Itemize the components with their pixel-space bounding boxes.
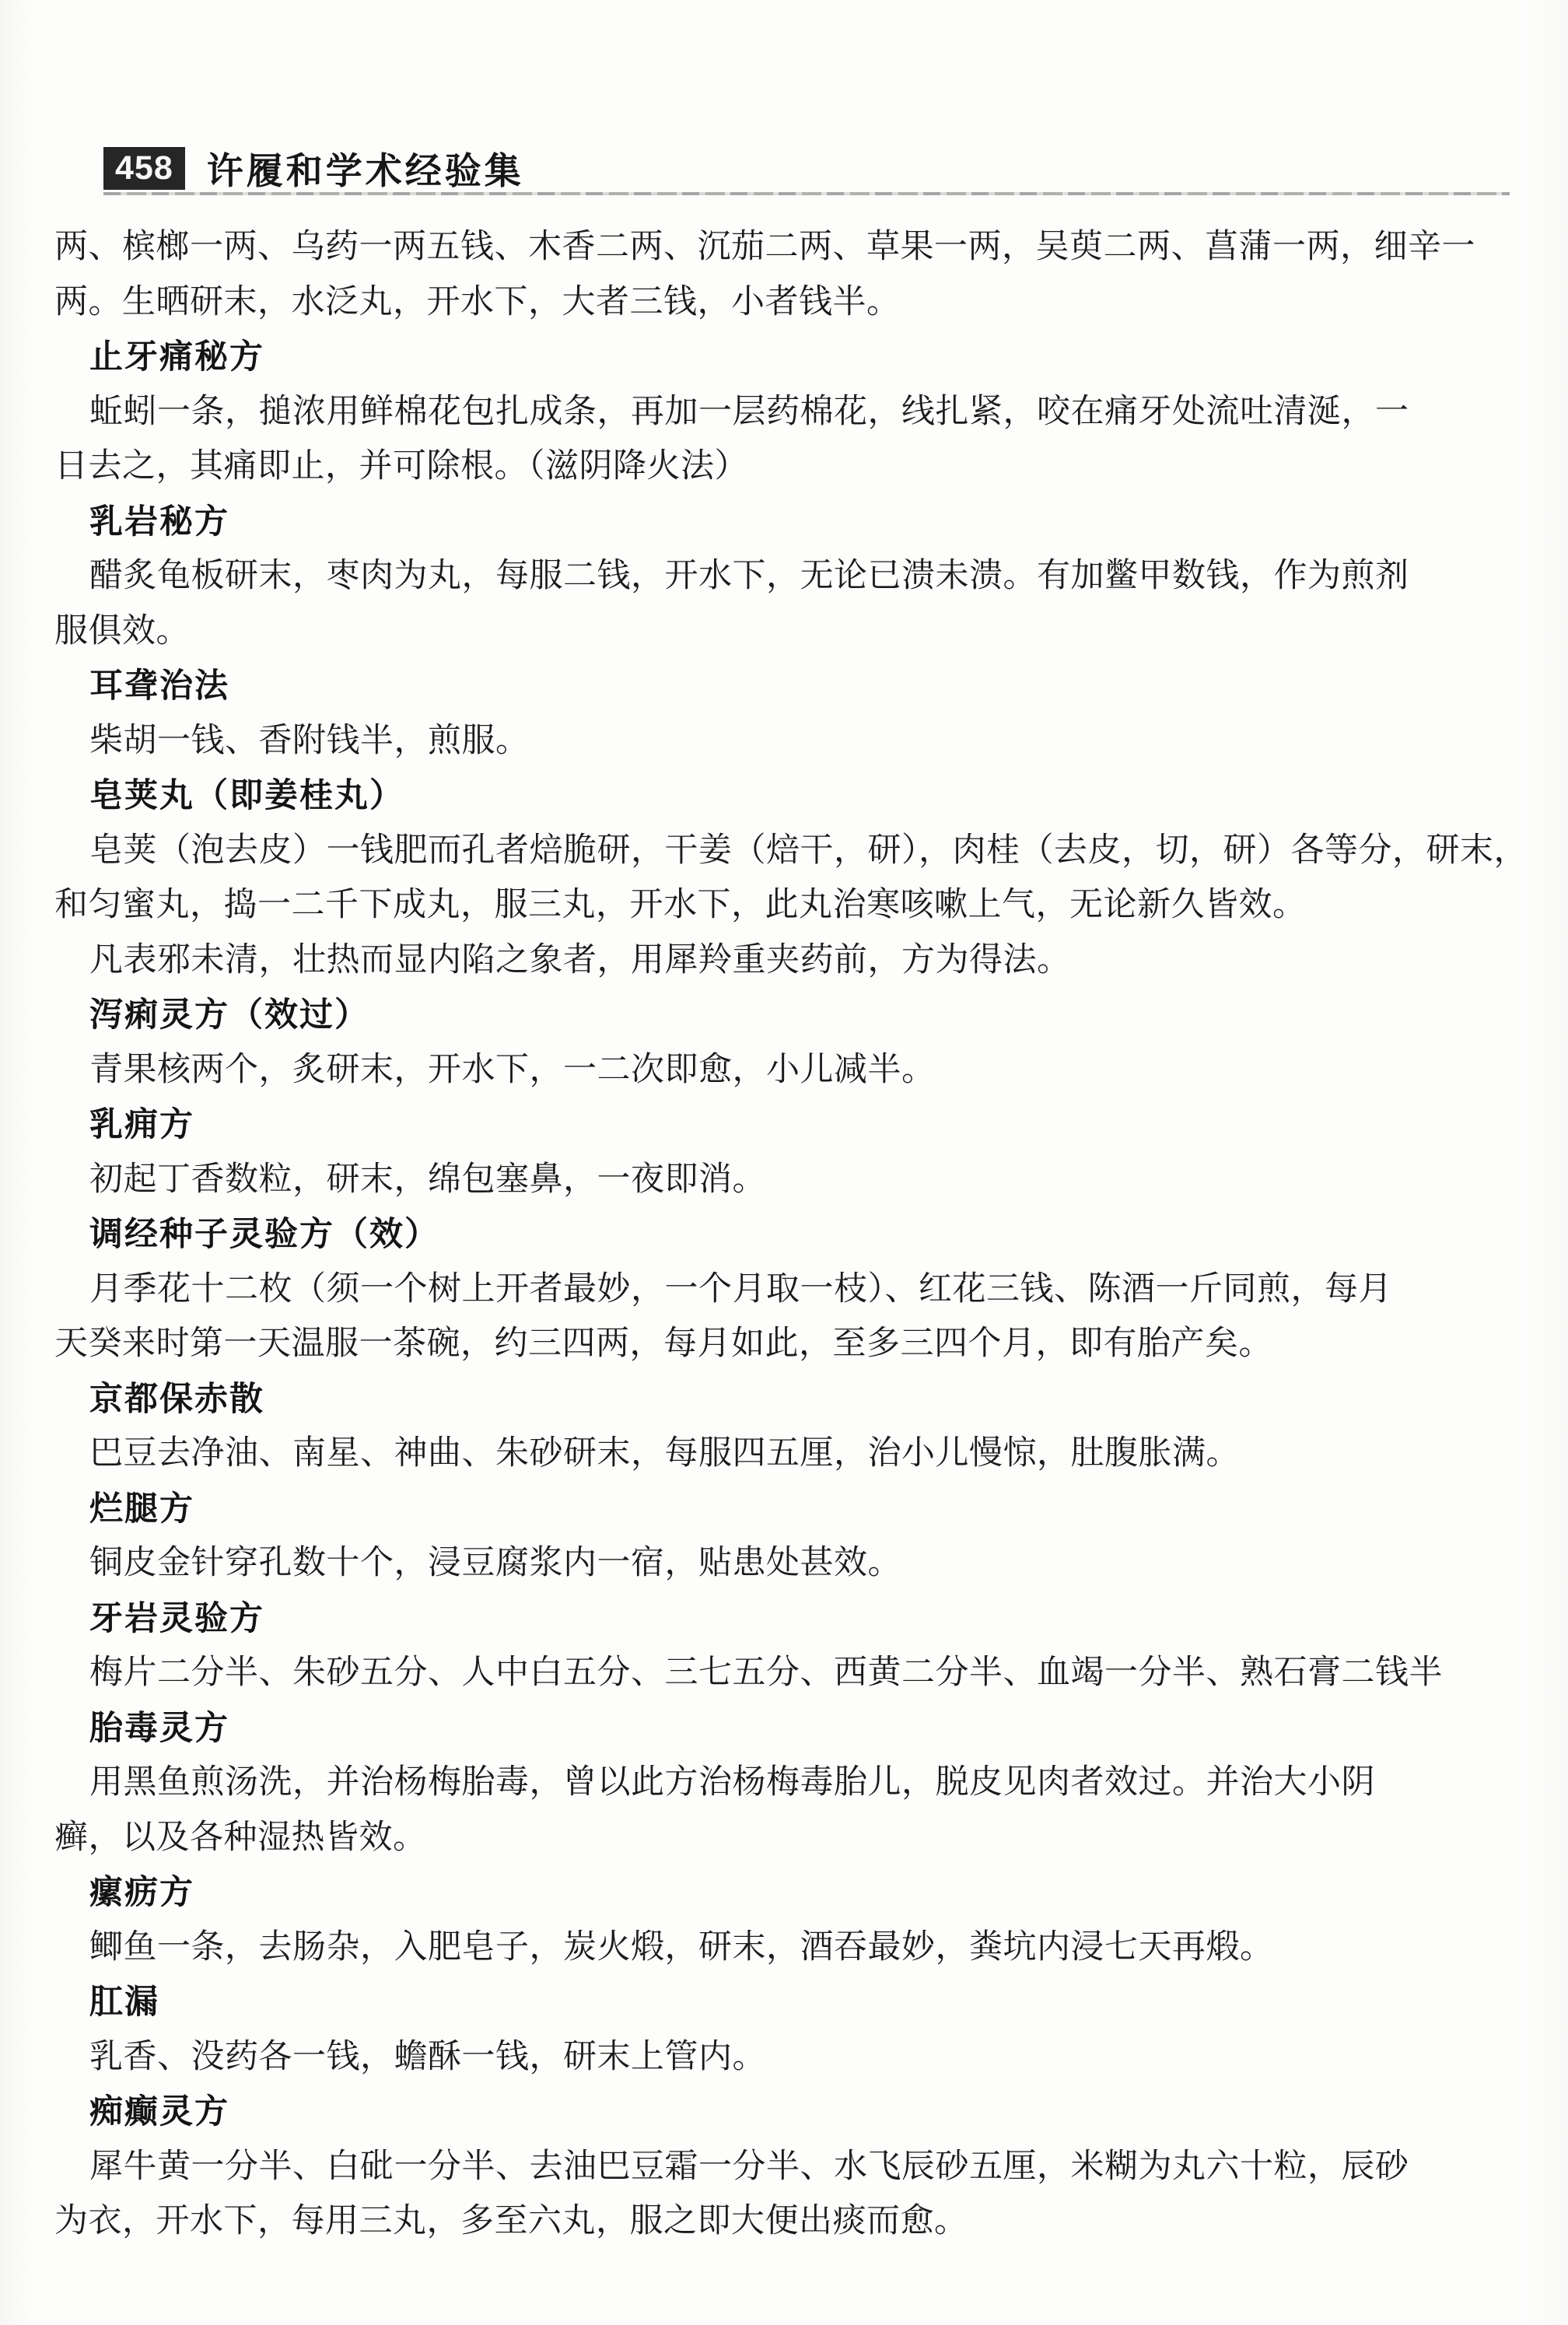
section-heading: 耳聋治法 [54,659,1524,714]
text-line: 天癸来时第一天温服一茶碗，约三四两，每月如此，至多三四个月，即有胎产矣。 [54,1317,1524,1372]
text-line: 皂荚（泡去皮）一钱肥而孔者焙脆研，干姜（焙干，研），肉桂（去皮，切，研）各等分，… [54,824,1524,879]
book-title: 许履和学术经验集 [207,142,524,194]
section-heading: 痴癫灵方 [54,2085,1524,2140]
header-divider [103,192,1510,195]
section-heading: 烂腿方 [54,1482,1524,1537]
text-line: 日去之，其痛即止，并可除根。（滋阴降火法） [54,439,1524,495]
section-heading: 肛漏 [54,1975,1524,2030]
text-line: 为衣，开水下，每用三丸，多至六丸，服之即大便出痰而愈。 [54,2194,1524,2250]
section-heading: 泻痢灵方（效过） [54,988,1524,1043]
text-line: 和匀蜜丸，捣一二千下成丸，服三丸，开水下，此丸治寒咳嗽上气，无论新久皆效。 [54,878,1524,933]
section-heading: 调经种子灵验方（效） [54,1207,1524,1262]
section-heading: 胎毒灵方 [54,1701,1524,1756]
book-page: 458 许履和学术经验集 两、槟榔一两、乌药一两五钱、木香二两、沉茄二两、草果一… [0,0,1568,2325]
text-line: 乳香、没药各一钱，蟾酥一钱，研末上管内。 [54,2030,1524,2085]
text-line: 梅片二分半、朱砂五分、人中白五分、三七五分、西黄二分半、血竭一分半、熟石膏二钱半 [54,1646,1524,1701]
text-line: 癣，以及各种湿热皆效。 [54,1811,1524,1866]
text-line: 醋炙龟板研末，枣肉为丸，每服二钱，开水下，无论已溃未溃。有加鳖甲数钱，作为煎剂 [54,549,1524,604]
page-number-badge: 458 [103,147,185,190]
text-line: 蚯蚓一条，搥浓用鲜棉花包扎成条，再加一层药棉花，线扎紧，咬在痛牙处流吐清涎，一 [54,385,1524,440]
text-line: 月季花十二枚（须一个树上开者最妙，一个月取一枝）、红花三钱、陈酒一斤同煎，每月 [54,1262,1524,1318]
text-line: 两。生晒研末，水泛丸，开水下，大者三钱，小者钱半。 [54,275,1524,331]
section-heading: 止牙痛秘方 [54,330,1524,385]
page-content: 两、槟榔一两、乌药一两五钱、木香二两、沉茄二两、草果一两，吴萸二两、菖蒲一两，细… [54,220,1524,2250]
text-line: 犀牛黄一分半、白砒一分半、去油巴豆霜一分半、水飞辰砂五厘，米糊为丸六十粒，辰砂 [54,2140,1524,2195]
text-line: 用黑鱼煎汤洗，并治杨梅胎毒，曾以此方治杨梅毒胎儿，脱皮见肉者效过。并治大小阴 [54,1756,1524,1811]
text-line: 鲫鱼一条，去肠杂，入肥皂子，炭火煅，研末，酒吞最妙，粪坑内浸七天再煅。 [54,1921,1524,1976]
page-header: 458 许履和学术经验集 [103,142,524,194]
section-heading: 皂荚丸（即姜桂丸） [54,769,1524,824]
section-heading: 京都保赤散 [54,1372,1524,1427]
section-heading: 乳岩秘方 [54,495,1524,550]
text-line: 服俱效。 [54,604,1524,660]
text-line: 铜皮金针穿孔数十个，浸豆腐浆内一宿，贴患处甚效。 [54,1536,1524,1591]
text-line: 柴胡一钱、香附钱半，煎服。 [54,714,1524,769]
section-heading: 乳痈方 [54,1098,1524,1153]
text-line: 凡表邪未清，壮热而显内陷之象者，用犀羚重夹药前，方为得法。 [54,933,1524,989]
section-heading: 瘰疬方 [54,1865,1524,1921]
section-heading: 牙岩灵验方 [54,1591,1524,1647]
text-line: 初起丁香数粒，研末，绵包塞鼻，一夜即消。 [54,1153,1524,1208]
text-line: 巴豆去净油、南星、神曲、朱砂研末，每服四五厘，治小儿慢惊，肚腹胀满。 [54,1427,1524,1482]
text-line: 青果核两个，炙研末，开水下，一二次即愈，小儿减半。 [54,1043,1524,1098]
text-line: 两、槟榔一两、乌药一两五钱、木香二两、沉茄二两、草果一两，吴萸二两、菖蒲一两，细… [54,220,1524,275]
